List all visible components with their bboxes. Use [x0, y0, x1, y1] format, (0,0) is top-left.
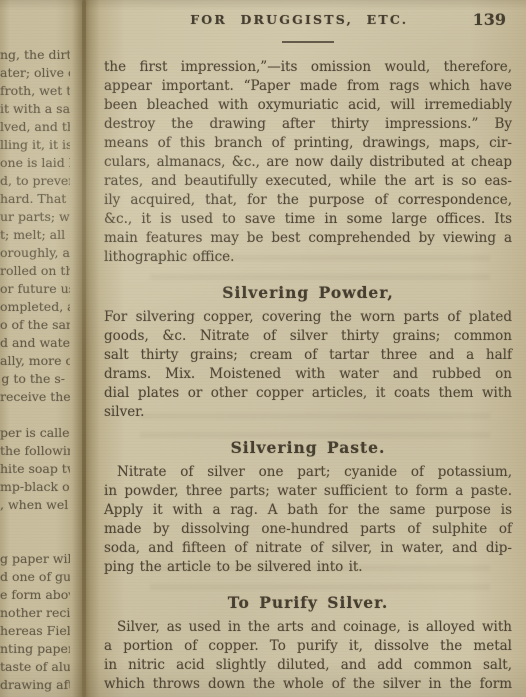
text-line: lling it, it is — [0, 136, 70, 154]
page-fold-crease — [82, 0, 86, 697]
text-line: been bleached with oxymuriatic acid, wil… — [104, 96, 512, 115]
text-line: ng, the dirt- — [0, 46, 70, 64]
text-line: lithographic office. — [104, 248, 512, 267]
text-line: rolled on the — [0, 262, 70, 280]
text-line: rates, and beautifully executed, while t… — [104, 172, 512, 191]
text-line: soda, and fifteen of nitrate of silver, … — [104, 539, 512, 558]
section-paragraph-silvering-powder: For silvering copper, covering the worn … — [104, 308, 512, 422]
text-line: a portion of copper. To purify it, disso… — [104, 637, 512, 656]
text-line: , when wel — [0, 496, 70, 514]
text-line: &c., it is used to save time in some lar… — [104, 210, 512, 229]
text-line: froth, wet the — [0, 82, 70, 100]
text-line: made by dissolving one-hundred parts of … — [104, 520, 512, 539]
text-line: g paper will — [0, 550, 70, 568]
page-header: FOR DRUGGISTS, ETC. 139 — [104, 10, 512, 32]
header-rule — [282, 41, 334, 43]
text-line: or future use, — [0, 280, 70, 298]
gutter-facing-page-fragments: ng, the dirt-ater; olive oil,froth, wet … — [0, 0, 70, 697]
text-line — [0, 514, 70, 532]
text-line: ily acquired, that, for the purpose of c… — [104, 191, 512, 210]
text-line: ompleted, and — [0, 298, 70, 316]
text-line: ally, more or — [0, 352, 70, 370]
text-line: receive the — [0, 388, 70, 406]
book-page-scan: ng, the dirt-ater; olive oil,froth, wet … — [0, 0, 526, 697]
text-line: Silver, as used in the arts and coinage,… — [104, 618, 512, 637]
text-line: dial plates or other copper articles, it… — [104, 384, 512, 403]
text-line: g to the s- — [0, 370, 70, 388]
text-line: drams. Mix. Moistened with water and rub… — [104, 365, 512, 384]
text-line: For silvering copper, covering the worn … — [104, 308, 512, 327]
text-line: d one of gum- — [0, 568, 70, 586]
section-silvering-powder: Silvering Powder, For silvering copper, … — [104, 283, 512, 422]
text-line: salt thirty grains; cream of tartar thre… — [104, 346, 512, 365]
text-line: hite soap two — [0, 460, 70, 478]
page-content: FOR DRUGGISTS, ETC. 139 the first impres… — [96, 0, 526, 697]
text-line: which throws down the whole of the silve… — [104, 675, 512, 694]
text-line: hereas Field- — [0, 622, 70, 640]
text-line: Apply it with a rag. A bath for the same… — [104, 501, 512, 520]
text-line: hard. That — [0, 190, 70, 208]
text-line: lved, and the — [0, 118, 70, 136]
text-line: the first impression,”—its omission woul… — [104, 58, 512, 77]
text-line: oroughly, and — [0, 244, 70, 262]
text-line: means of this branch of printing, drawin… — [104, 134, 512, 153]
text-line: taste of alum, — [0, 658, 70, 676]
text-line — [0, 532, 70, 550]
section-heading-silvering-paste: Silvering Paste. — [104, 438, 512, 457]
text-line: destroy the drawing after thirty impress… — [104, 115, 512, 134]
section-paragraph-silvering-paste: Nitrate of silver one part; cyanide of p… — [104, 463, 512, 577]
text-line: the following — [0, 442, 70, 460]
text-line: in nitric acid slightly diluted, and add… — [104, 656, 512, 675]
text-line: culars, almanacs, &c., are now daily dis… — [104, 153, 512, 172]
running-title: FOR DRUGGISTS, ETC. — [190, 12, 408, 27]
section-heading-to-purify-silver: To Purify Silver. — [104, 593, 512, 612]
text-line: in powder, three parts; water sufficient… — [104, 482, 512, 501]
text-line: e form above — [0, 586, 70, 604]
text-line: o of the same — [0, 316, 70, 334]
text-line: t; melt; all — [0, 226, 70, 244]
text-line: one is laid by — [0, 154, 70, 172]
text-line: mp-black on — [0, 478, 70, 496]
text-line: appear important. “Paper made from rags … — [104, 77, 512, 96]
text-line: nting paper, — [0, 640, 70, 658]
text-line: d, to prevent — [0, 172, 70, 190]
text-line: drawing after — [0, 676, 70, 694]
intro-paragraph: the first impression,”—its omission woul… — [104, 58, 512, 267]
text-line: goods, &c. Nitrate of silver thirty grai… — [104, 327, 512, 346]
text-line: ur parts; war — [0, 208, 70, 226]
text-line: ping the article to be silvered into it. — [104, 558, 512, 577]
text-line — [0, 406, 70, 424]
section-to-purify-silver: To Purify Silver. Silver, as used in the… — [104, 593, 512, 694]
page-number: 139 — [473, 10, 506, 29]
section-heading-silvering-powder: Silvering Powder, — [104, 283, 512, 302]
text-line: ater; olive oil, — [0, 64, 70, 82]
section-silvering-paste: Silvering Paste. Nitrate of silver one p… — [104, 438, 512, 577]
text-line: Nitrate of silver one part; cyanide of p… — [104, 463, 512, 482]
text-line: silver. — [104, 403, 512, 422]
text-line: main features may be best comprehended b… — [104, 229, 512, 248]
text-line: d and water — [0, 334, 70, 352]
text-line: nother recipe — [0, 604, 70, 622]
text-line: it with a sad — [0, 100, 70, 118]
section-paragraph-to-purify-silver: Silver, as used in the arts and coinage,… — [104, 618, 512, 694]
text-line: per is called — [0, 424, 70, 442]
